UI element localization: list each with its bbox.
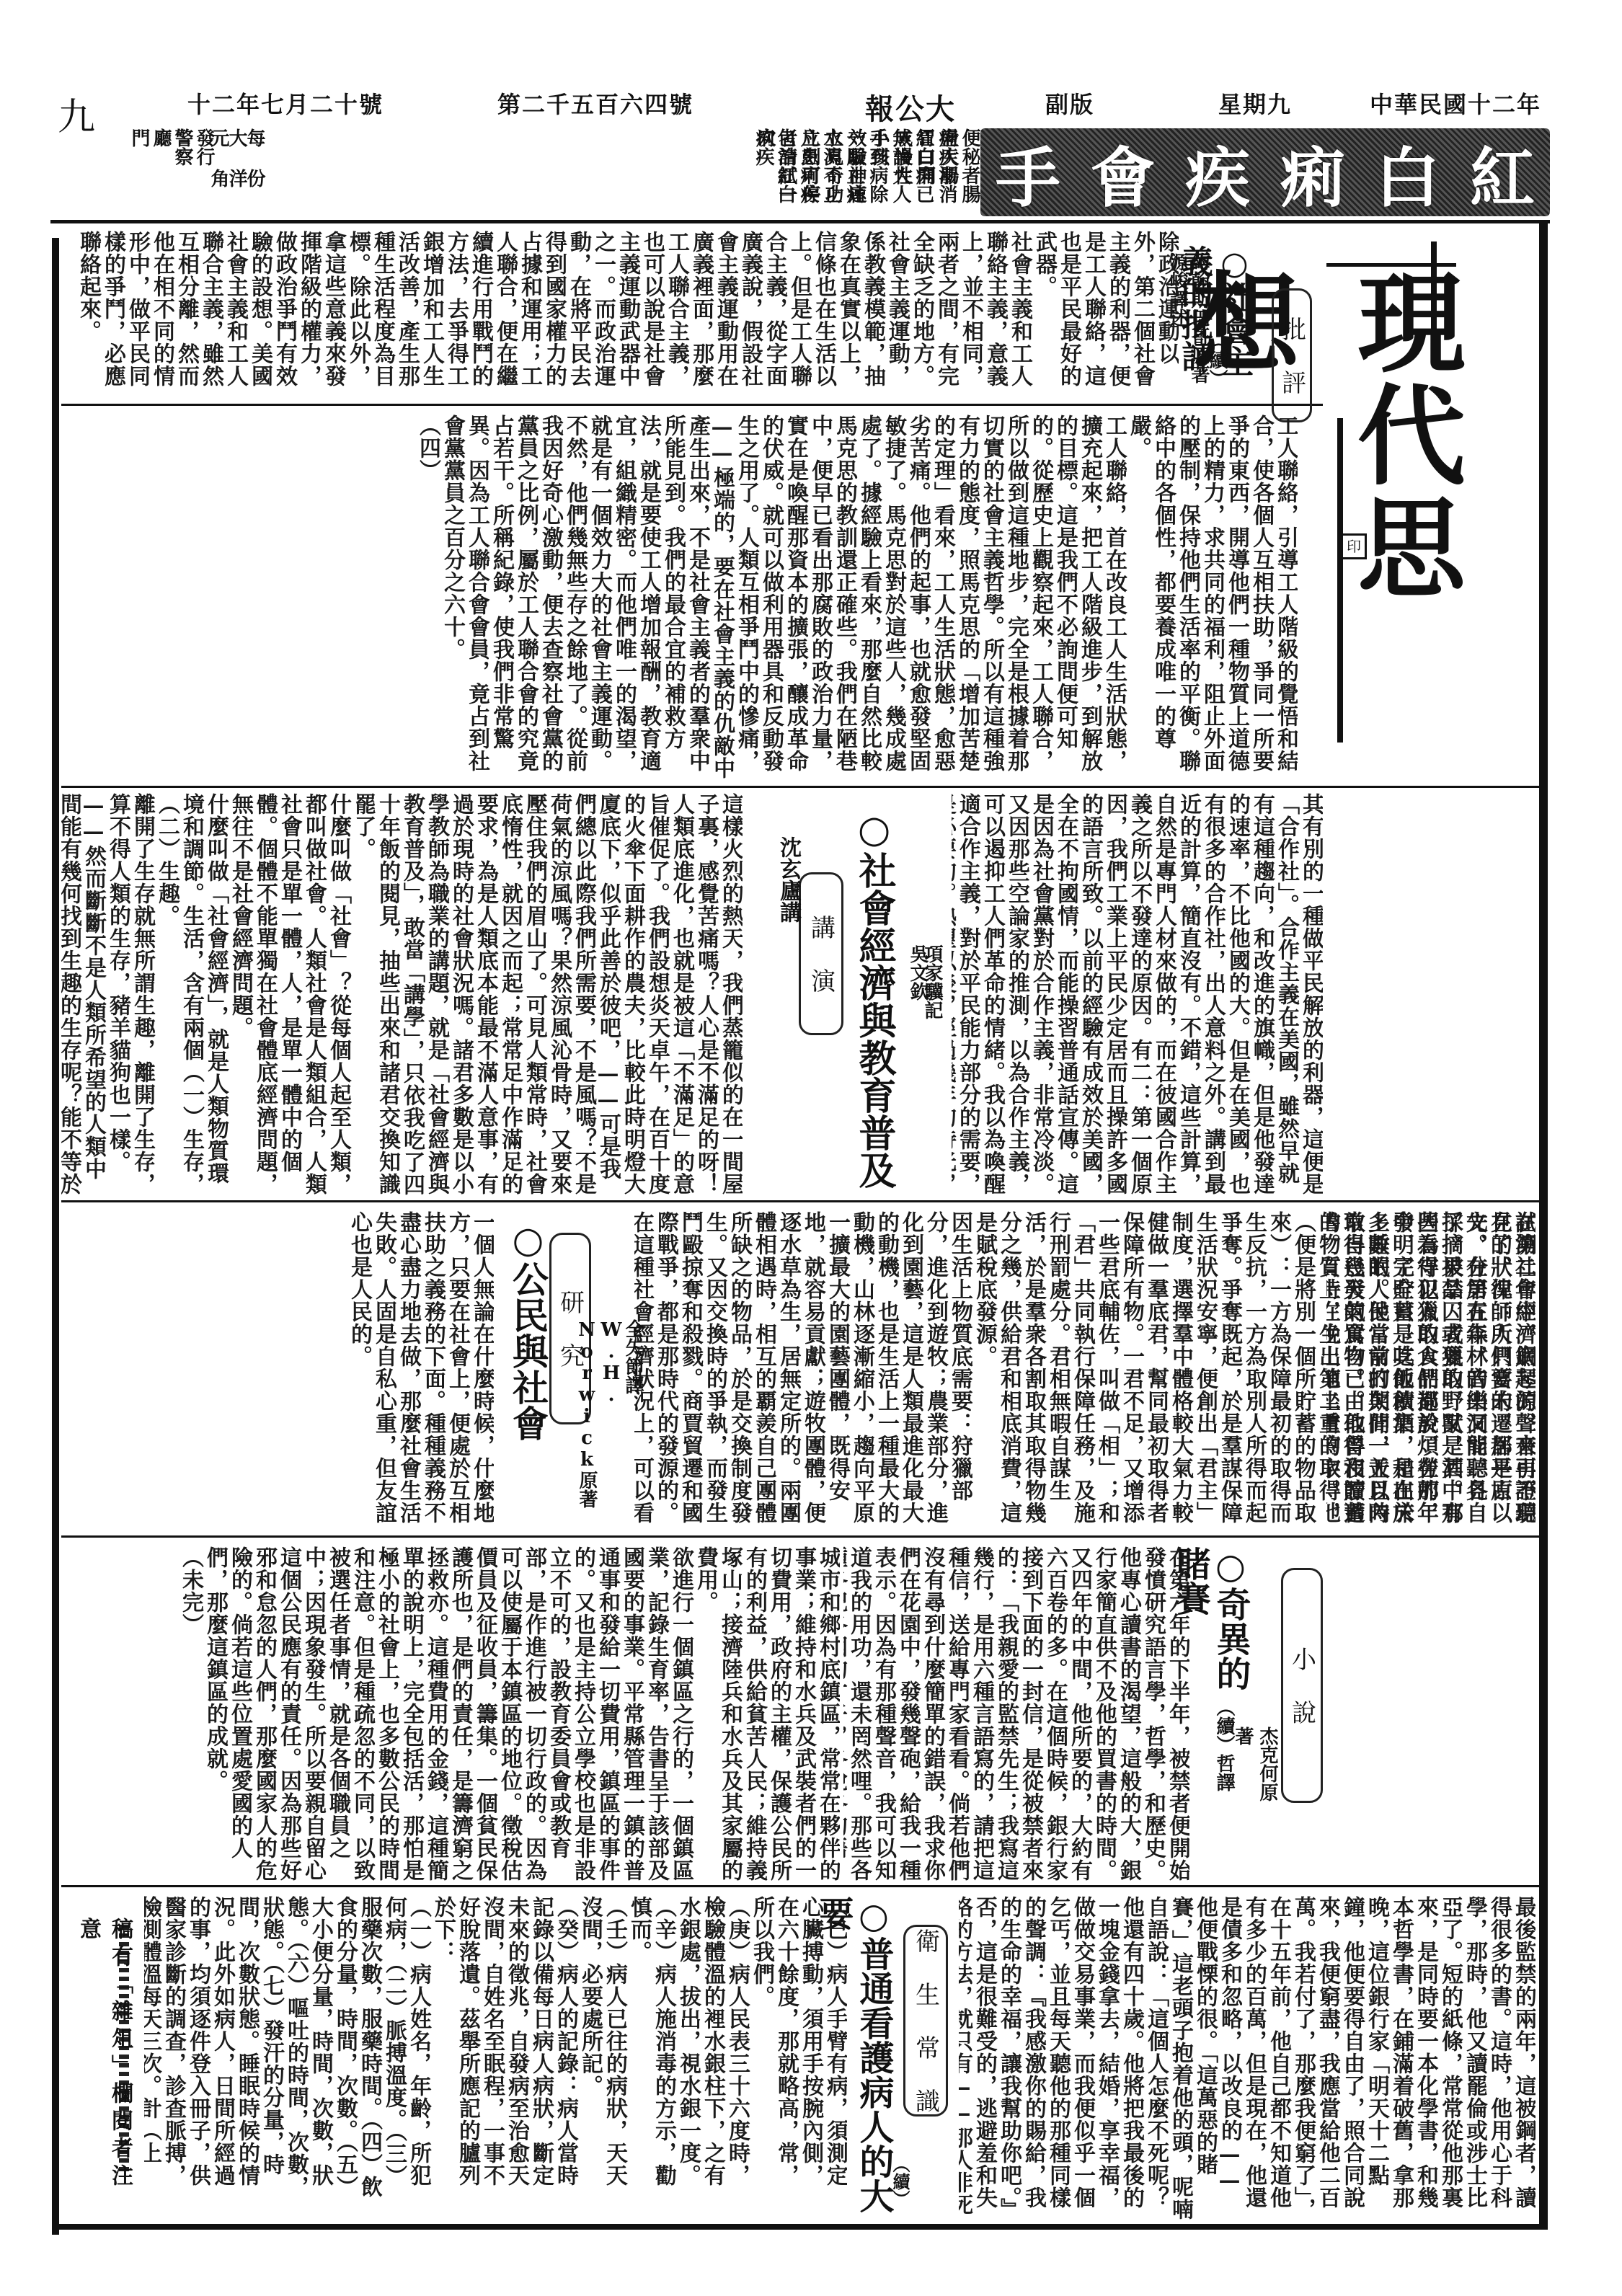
ad-brand-char: 手: [996, 125, 1060, 219]
circle-bullet-icon: ○: [1214, 245, 1254, 282]
advertisement-text: 便秘者腸盪大腸 痢疾漸消胃口開 紅白痢已成慢性 無論大人小孩 手到病除效驗神速 …: [260, 128, 980, 215]
article-installment: （續）: [1205, 332, 1229, 404]
band-divider: [61, 1885, 1539, 1887]
masthead-paper-name: 大公報: [865, 87, 956, 128]
article-tag: 講 演: [799, 872, 843, 1035]
ad-brand-char: 紅: [1470, 125, 1535, 219]
band-divider: [61, 404, 1323, 406]
circle-bullet-icon: ○: [1210, 1546, 1251, 1587]
frame-top-rule: [50, 220, 1550, 223]
editor-notice: 稿有「雜俎」欄閱者注意: [72, 1918, 136, 2191]
article-header-wager: ○奇異的賭賽 小 說 杰克何原著 （續）哲譯: [1197, 1546, 1323, 1820]
section-title: 現代思想: [1319, 267, 1485, 714]
article-title: ○社會經濟與教育普及: [854, 807, 894, 1197]
article-installment: （續）: [887, 2155, 912, 2220]
ad-brand-char: 會: [1090, 125, 1155, 219]
title-ornament: [1337, 418, 1343, 743]
article-title: ○公民與社會: [508, 1218, 548, 1528]
article-body-nursing: （巳）病人手臂有病，須測定心臟搏動，須用手按腕內側，在六十餘度，那就略高，常，所…: [144, 1896, 847, 2206]
article-tag: 批 評: [1272, 288, 1312, 422]
masthead-date: 號十二月七年二十: [187, 87, 384, 120]
end-mark: （未完）: [178, 1546, 203, 1881]
masthead-year: 年二十國民華中: [1370, 87, 1541, 120]
article-recorder: 項家驥記: [920, 944, 944, 1089]
title-stamp: 印: [1341, 533, 1367, 559]
price-line-3: 元 角: [205, 128, 232, 215]
band-divider: [61, 1535, 1539, 1538]
circle-bullet-icon: ○: [854, 1896, 894, 1936]
circle-bullet-icon: ○: [508, 1218, 548, 1261]
frame-right-rule: [1539, 220, 1548, 2224]
article-tag: 衛 生 常 識: [903, 1925, 948, 2117]
article-body-citizen-band5: 城市和鄉村底鎮區，常常在夥伴的事業；維持和水兵及武裝者們的一切費用，政府的主權，…: [61, 1546, 840, 1881]
ad-brand-char: 疾: [1185, 125, 1250, 219]
article-body-wager-band4: 在第二年中，鋼琴的聲音再不聽見了。律師所只要的，都是古文。在第五年，音樂又能聽見…: [1326, 1211, 1535, 1528]
article-header-nursing: ○普通看護病人的大要 衛 生 常 識 （續）: [851, 1896, 955, 2220]
article-body-wager-band6: 最後監禁的兩年，這被鋼者，讀得很多的書。這時，他用心于科學，那時，他又讀罷倫或涉…: [959, 1896, 1535, 2220]
article-header-citizen: ○公民與社會 研 究 W.H. Norwick原著 全矢節譯: [497, 1211, 631, 1532]
ad-text-column: 包治紅白痢疾: [753, 128, 796, 215]
article-body-socialism-band1: 除政治運動以外，第二個社會主義的利器，便是工人聯絡，這也是平民最好的武器。 社會…: [68, 231, 1179, 400]
article-body-wager-band5: 在第六年的下半年，被禁者便開始發憤研究語言學，哲學，和歷史。他專心讀書的渴望，這…: [843, 1546, 1189, 1881]
article-body-socialism-band3: 其有別的一種做平民解放的利器，這便是「合作社」。合作主義在美國，雖然早就有這種趨…: [952, 793, 1323, 1197]
article-body-socialism-band2: 工人聯絡，引導工人階級的覺悟和結合，使各個人互相扶助，爭同一所要爭的東西，開導他…: [68, 415, 1298, 782]
article-header-socialism: ○社會主義的批評 批 評 約翰斯巴哥原著 源峻譯述 （續）: [1182, 231, 1326, 396]
masthead-issue: 號四六百五千二第: [497, 87, 693, 120]
article-author: 杰克何原著: [1231, 1727, 1280, 1813]
masthead: 號十二月七年二十 號四六百五千二第 大公報 版副 九期星 年二十國民華中: [50, 87, 1550, 115]
masthead-weekday: 九期星: [1218, 87, 1292, 120]
article-author: W.H. Norwick原著: [575, 1319, 624, 1528]
masthead-section: 版副: [1045, 87, 1094, 120]
article-tag: 小 說: [1281, 1568, 1323, 1803]
article-translator: 全矢節譯: [621, 1319, 645, 1528]
article-translator: （續）哲譯: [1212, 1698, 1236, 1813]
frame-left-rule: [52, 238, 59, 2235]
ad-brand-banner: 紅 白 痢 疾 會 手: [980, 128, 1550, 216]
article-body-citizen-band4: 一個人無論在什麼時候，什麼地方，只要在社會上，便處於互相扶助之義務的下面。種種義…: [61, 1211, 494, 1532]
article-header-economics: ○社會經濟與教育普及 講 演 沈玄廬講 吳文欽 項家驥記: [750, 793, 944, 1197]
subscription-note-4: 門: [126, 128, 153, 215]
frame-bottom-rule: [52, 2224, 1548, 2230]
band-divider: [61, 1200, 1539, 1202]
circle-bullet-icon: ○: [854, 807, 894, 851]
article-speaker: 沈玄廬講: [776, 836, 800, 980]
article-body-economics-band3: 這樣火烈的熱天，我們蒸籠似的在一間屋子裏，感覺苦痛嗎？人心是不滿足的呀！人類底進…: [61, 793, 743, 1197]
band-divider: [61, 786, 1539, 788]
ad-brand-char: 痢: [1280, 125, 1345, 219]
ad-brand-char: 白: [1375, 125, 1440, 219]
price-box: 每 份 大 洋 元 角: [202, 128, 267, 215]
